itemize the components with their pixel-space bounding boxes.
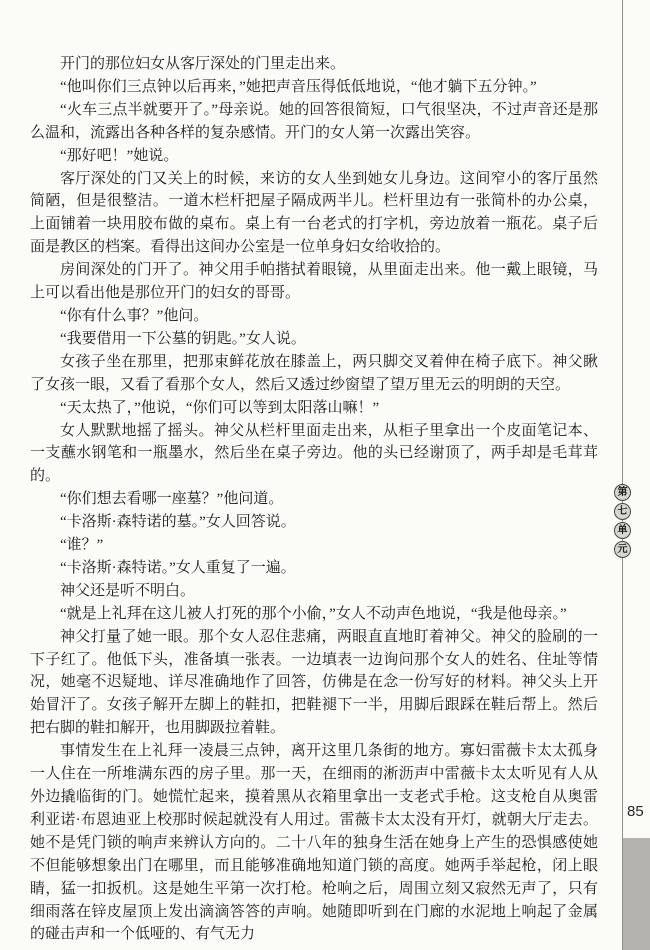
paragraph: “卡洛斯·森特诺。”女人重复了一遍。 — [30, 557, 598, 580]
paragraph: 开门的那位妇女从客厅深处的门里走出来。 — [30, 53, 598, 76]
paragraph: 女孩子坐在那里，把那束鲜花放在膝盖上，两只脚交叉着伸在椅子底下。神父瞅了女孩一眼… — [30, 351, 598, 397]
unit-label-char: 单 — [614, 522, 631, 539]
paragraph: 神父打量了她一眼。那个女人忍住悲痛，两眼直直地盯着神父。神父的脸刷的一下子红了。… — [30, 626, 598, 741]
page-number: 85 — [627, 803, 644, 820]
unit-label-char: 第 — [614, 484, 631, 501]
paragraph: “你们想去看哪一座墓？”他问道。 — [30, 488, 598, 511]
paragraph: 房间深处的门开了。神父用手帕揩拭着眼镜，从里面走出来。他一戴上眼镜，马上可以看出… — [30, 259, 598, 305]
paragraph: 神父还是听不明白。 — [30, 580, 598, 603]
paragraph: “就是上礼拜在这儿被人打死的那个小偷，”女人不动声色地说，“我是他母亲。” — [30, 603, 598, 626]
body-text: 开门的那位妇女从客厅深处的门里走出来。“他叫你们三点钟以后再来，”她把声音压得低… — [30, 53, 598, 946]
paragraph: 事情发生在上礼拜一凌晨三点钟，离开这里几条街的地方。寡妇雷薇卡太太孤身一人住在一… — [30, 740, 598, 946]
textbook-page: 开门的那位妇女从客厅深处的门里走出来。“他叫你们三点钟以后再来，”她把声音压得低… — [0, 0, 650, 950]
unit-label-char: 七 — [614, 503, 631, 520]
paragraph: “天太热了，”他说，“你们可以等到太阳落山嘛！” — [30, 397, 598, 420]
page-edge-rule — [622, 0, 623, 950]
paragraph: 女人默默地摇了摇头。神父从栏杆里面走出来，从柜子里拿出一个皮面笔记本、一支蘸水钢… — [30, 420, 598, 489]
unit-corner-tab — [623, 838, 650, 950]
paragraph: “火车三点半就要开了。”母亲说。她的回答很简短，口气很坚决，不过声音还是那么温和… — [30, 99, 598, 145]
paragraph: “卡洛斯·森特诺的墓。”女人回答说。 — [30, 511, 598, 534]
unit-tab: 第七单元 — [614, 484, 631, 558]
paragraph: “我要借用一下公墓的钥匙。”女人说。 — [30, 328, 598, 351]
unit-label-char: 元 — [614, 541, 631, 558]
paragraph: “那好吧！”她说。 — [30, 145, 598, 168]
paragraph: “谁？” — [30, 534, 598, 557]
paragraph: “他叫你们三点钟以后再来，”她把声音压得低低地说，“他才躺下五分钟。” — [30, 76, 598, 99]
paragraph: “你有什么事？”他问。 — [30, 305, 598, 328]
paragraph: 客厅深处的门又关上的时候，来访的女人坐到她女儿身边。这间窄小的客厅虽然简陋，但是… — [30, 168, 598, 260]
